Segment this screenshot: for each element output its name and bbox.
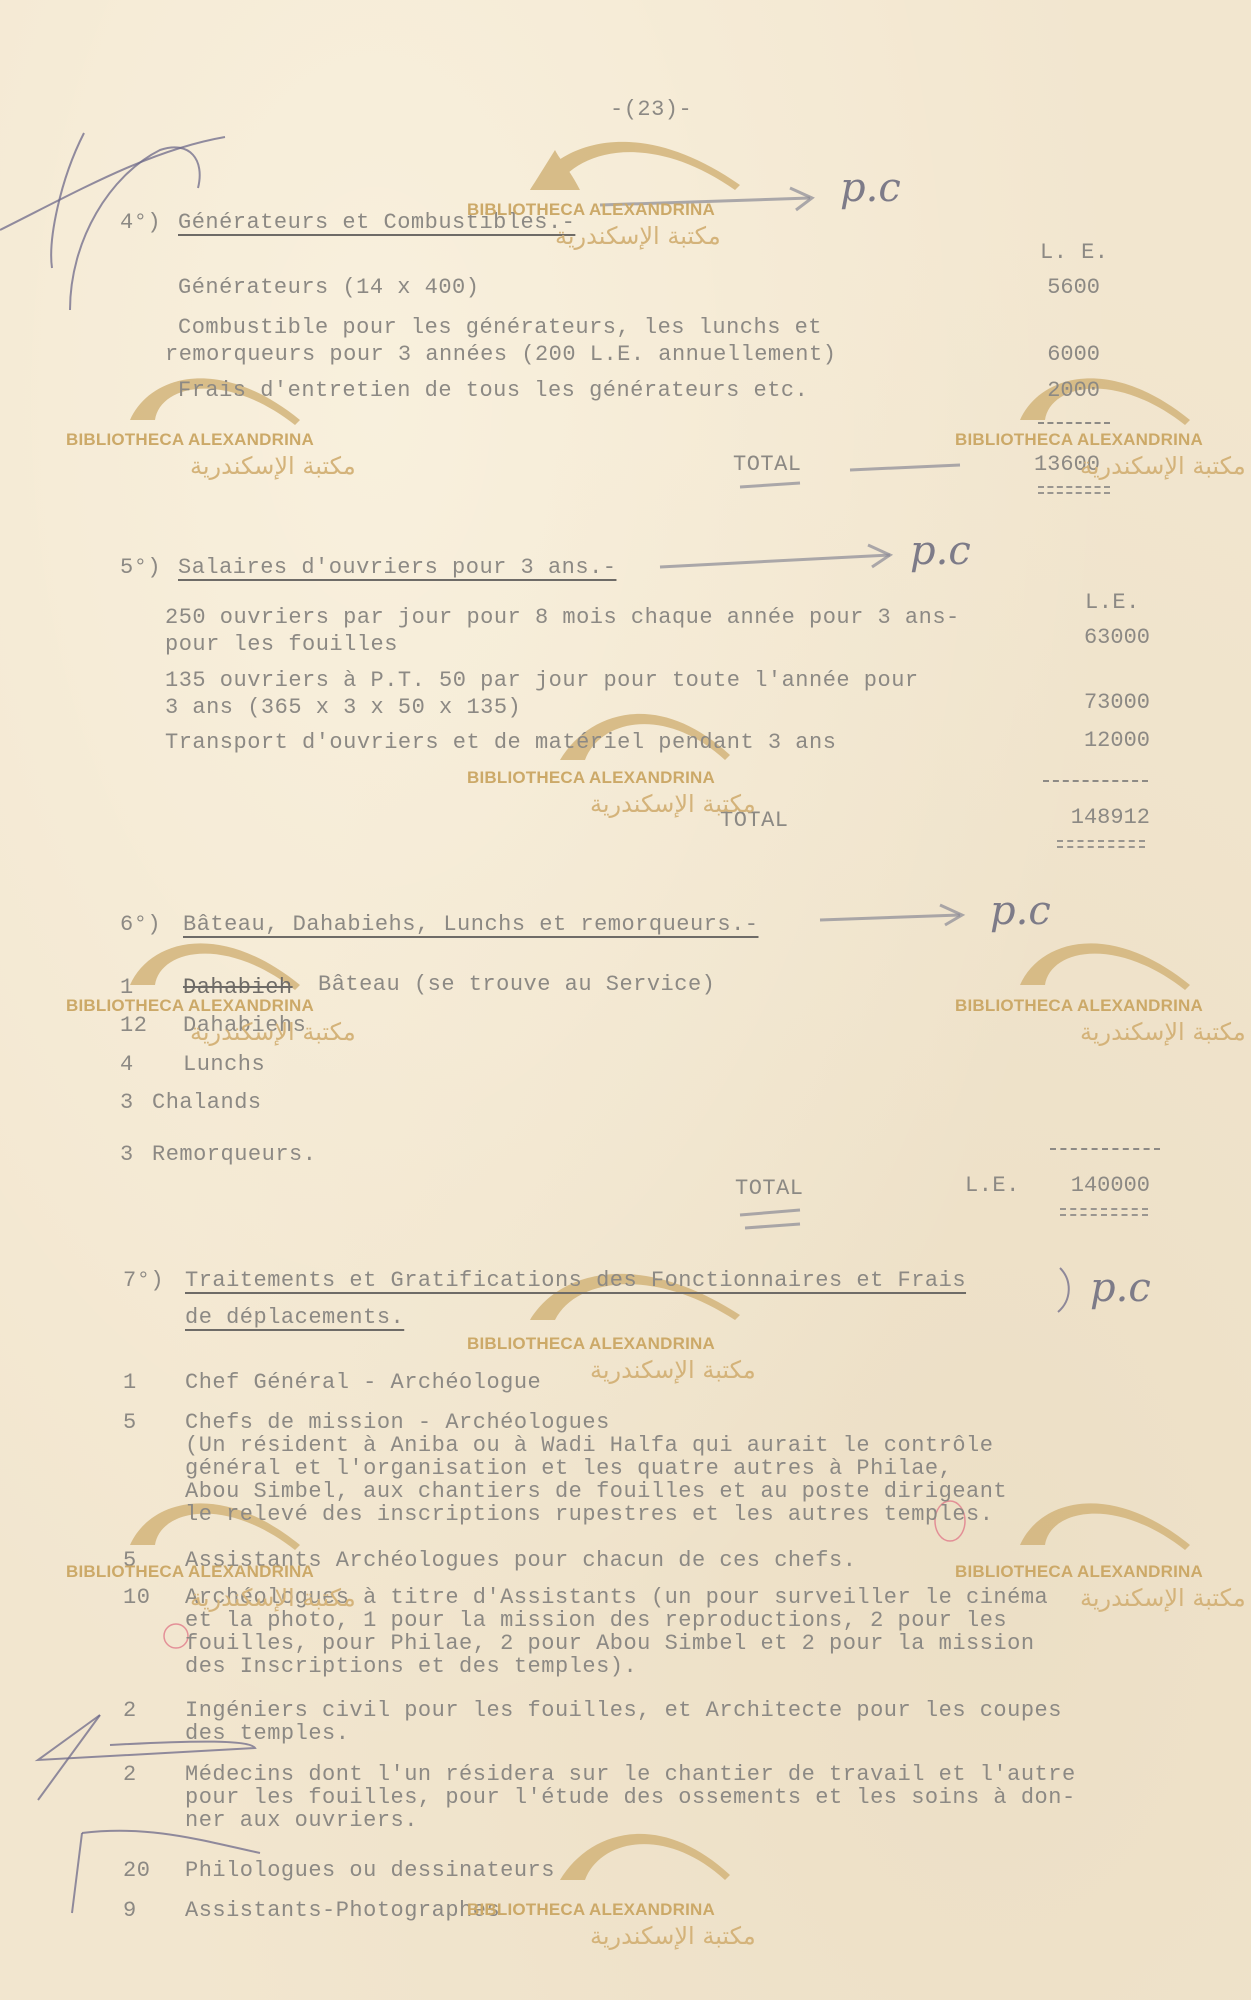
watermark-latin: BIBLIOTHECA ALEXANDRINA xyxy=(955,430,1203,450)
item-text: Remorqueurs. xyxy=(152,1142,316,1167)
line-item-text: Combustible pour les générateurs, les lu… xyxy=(178,315,822,340)
line-item-text: 250 ouvriers par jour pour 8 mois chaque… xyxy=(165,605,960,630)
item-qty: 12 xyxy=(120,1013,147,1038)
currency-label: L.E. xyxy=(1085,590,1140,615)
total-double-rule xyxy=(1060,1208,1148,1216)
item-qty: 20 xyxy=(123,1858,150,1883)
handwritten-pc-note: p.c xyxy=(910,528,971,574)
line-item-amount: 63000 xyxy=(1030,625,1150,650)
item-text: Philologues ou dessinateurs xyxy=(185,1858,555,1883)
watermark-latin: BIBLIOTHECA ALEXANDRINA xyxy=(467,1900,715,1920)
handwritten-pc-note: p.c xyxy=(1090,1265,1151,1311)
item-text: des temples. xyxy=(185,1721,349,1746)
watermark-arabic: مكتبة الإسكندرية xyxy=(1080,452,1246,480)
item-qty: 10 xyxy=(123,1585,150,1610)
line-item-text: pour les fouilles xyxy=(165,632,398,657)
watermark-latin: BIBLIOTHECA ALEXANDRINA xyxy=(66,996,314,1016)
total-amount: 148912 xyxy=(1030,805,1150,830)
line-item-amount: 12000 xyxy=(1030,728,1150,753)
item-text: Abou Simbel, aux chantiers de fouilles e… xyxy=(185,1479,1007,1504)
document-page: p.c p.c p.c p.c -(23)- 4°) Générateurs e… xyxy=(0,0,1251,2000)
section-heading: Salaires d'ouvriers pour 3 ans.- xyxy=(178,555,616,580)
item-text: Chalands xyxy=(152,1090,262,1115)
section-number: 6°) xyxy=(120,912,161,937)
watermark-latin: BIBLIOTHECA ALEXANDRINA xyxy=(467,768,715,788)
watermark-latin: BIBLIOTHECA ALEXANDRINA xyxy=(467,200,715,220)
handwritten-pc-note: p.c xyxy=(840,165,901,211)
line-item-amount: 2000 xyxy=(980,378,1100,403)
item-qty: 4 xyxy=(120,1052,134,1077)
handwritten-pc-note: p.c xyxy=(990,888,1051,934)
watermark-arabic: مكتبة الإسكندرية xyxy=(590,1922,756,1950)
sum-rule xyxy=(1043,780,1148,782)
watermark-arabic: مكتبة الإسكندرية xyxy=(1080,1018,1246,1046)
sum-rule xyxy=(1038,422,1110,424)
watermark-arabic: مكتبة الإسكندرية xyxy=(1080,1584,1246,1612)
watermark-latin: BIBLIOTHECA ALEXANDRINA xyxy=(66,1562,314,1582)
watermark-latin: BIBLIOTHECA ALEXANDRINA xyxy=(467,1334,715,1354)
total-label: TOTAL xyxy=(733,452,802,477)
currency-label: L. E. xyxy=(1040,240,1109,265)
watermark-latin: BIBLIOTHECA ALEXANDRINA xyxy=(955,996,1203,1016)
total-double-rule xyxy=(1038,486,1110,494)
line-item-amount: 5600 xyxy=(980,275,1100,300)
watermark-arabic: مكتبة الإسكندرية xyxy=(190,1584,356,1612)
item-text: des Inscriptions et des temples). xyxy=(185,1654,637,1679)
section-number: 4°) xyxy=(120,210,161,235)
item-text: fouilles, pour Philae, 2 pour Abou Simbe… xyxy=(185,1631,1035,1656)
item-text: général et l'organisation et les quatre … xyxy=(185,1456,952,1481)
line-item-text: remorqueurs pour 3 années (200 L.E. annu… xyxy=(165,342,836,367)
line-item-amount: 73000 xyxy=(1030,690,1150,715)
item-text: Chefs de mission - Archéologues xyxy=(185,1410,610,1435)
item-qty: 9 xyxy=(123,1898,137,1923)
sum-rule xyxy=(1050,1148,1160,1150)
total-currency: L.E. xyxy=(965,1173,1020,1198)
item-text: Bâteau (se trouve au Service) xyxy=(318,972,715,997)
page-number: -(23)- xyxy=(610,97,692,122)
line-item-text: Générateurs (14 x 400) xyxy=(178,275,479,300)
watermark-latin: BIBLIOTHECA ALEXANDRINA xyxy=(66,430,314,450)
item-text: le relevé des inscriptions rupestres et … xyxy=(185,1502,993,1527)
section-number: 5°) xyxy=(120,555,161,580)
line-item-amount: 6000 xyxy=(980,342,1100,367)
item-text: Médecins dont l'un résidera sur le chant… xyxy=(185,1762,1076,1787)
item-text: pour les fouilles, pour l'étude des osse… xyxy=(185,1785,1076,1810)
item-text: ner aux ouvriers. xyxy=(185,1808,418,1833)
section-heading-cont: de déplacements. xyxy=(185,1305,404,1330)
item-qty: 2 xyxy=(123,1762,137,1787)
watermark-arabic: مكتبة الإسكندرية xyxy=(190,452,356,480)
section-heading: Traitements et Gratifications des Foncti… xyxy=(185,1268,966,1293)
section-heading: Bâteau, Dahabiehs, Lunchs et remorqueurs… xyxy=(183,912,759,937)
total-label: TOTAL xyxy=(735,1176,804,1201)
item-qty: 1 xyxy=(123,1370,137,1395)
item-text: (Un résident à Aniba ou à Wadi Halfa qui… xyxy=(185,1433,993,1458)
item-qty: 5 xyxy=(123,1410,137,1435)
item-qty: 3 xyxy=(120,1142,134,1167)
line-item-text: Frais d'entretien de tous les générateur… xyxy=(178,378,808,403)
watermark-arabic: مكتبة الإسكندرية xyxy=(590,790,756,818)
watermark-arabic: مكتبة الإسكندرية xyxy=(590,1356,756,1384)
item-text: Assistants-Photographes xyxy=(185,1898,500,1923)
line-item-text: Transport d'ouvriers et de matériel pend… xyxy=(165,730,836,755)
item-text: Ingéniers civil pour les fouilles, et Ar… xyxy=(185,1698,1062,1723)
line-item-text: 3 ans (365 x 3 x 50 x 135) xyxy=(165,695,521,720)
section-number: 7°) xyxy=(123,1268,164,1293)
watermark-arabic: مكتبة الإسكندرية xyxy=(555,222,721,250)
watermark-latin: BIBLIOTHECA ALEXANDRINA xyxy=(955,1562,1203,1582)
watermark-arabic: مكتبة الإسكندرية xyxy=(190,1018,356,1046)
item-text: Chef Général - Archéologue xyxy=(185,1370,541,1395)
total-amount: 140000 xyxy=(1030,1173,1150,1198)
item-qty: 2 xyxy=(123,1698,137,1723)
item-text: Lunchs xyxy=(183,1052,265,1077)
total-double-rule xyxy=(1057,840,1145,848)
item-qty: 3 xyxy=(120,1090,134,1115)
line-item-text: 135 ouvriers à P.T. 50 par jour pour tou… xyxy=(165,668,919,693)
